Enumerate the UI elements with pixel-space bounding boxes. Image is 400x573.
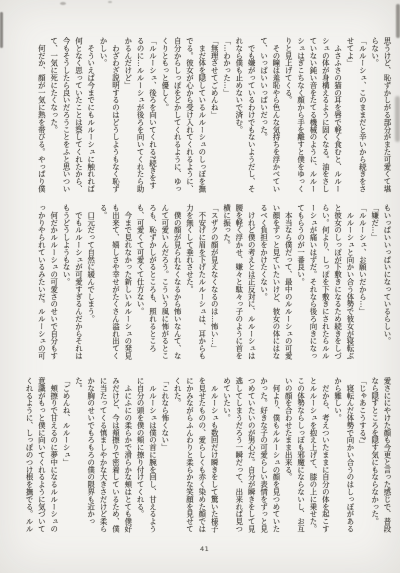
paragraph: でもルルーシュが可愛すぎるんだからそれはもうどうしようもない。	[60, 204, 85, 361]
paragraph: 「じゃあこうする?」	[356, 377, 368, 539]
page-number: 41	[200, 545, 209, 553]
scan-speck	[108, 1, 112, 3]
paragraph: 「ルルーシュ、このままだと辛いから続きをさせてよ」	[344, 37, 369, 194]
paragraph: ルルーシュは僕の首に腕を回し、甘えるように自分の頭を僕の頬に擦り付けてくれる。	[134, 377, 159, 539]
paragraph: 本当なら僕だって、最中のルルーシュの可愛い顔をずっと見ていたいけど、彼女の体には…	[257, 204, 294, 361]
scan-smudge	[0, 12, 3, 48]
paragraph: 今まで見れなかった新しいルルーシュの発見も出来て、嬉しさや幸せがたくさん溢れ出て…	[97, 204, 134, 361]
paragraph: もいっぱいいっぱいになっているらしい。	[381, 204, 393, 361]
scanned-page: 思うけど、恥ずかしがる部分がまた可愛くて堪らない。「ルルーシュ、このままだと辛い…	[0, 0, 400, 573]
paragraph: 僕の顔が見られなくなるから怖いなんて、なんて可愛いんだろう。こういう風に怖がると…	[134, 204, 183, 361]
paragraph: そういえば今までにもルルーシュに触れれば何となく思っていたことは察してくれたから…	[47, 37, 96, 194]
paragraph: 「スザクの顔が見えなくなるのは…怖い…」	[208, 204, 220, 361]
scan-smudge	[395, 96, 400, 142]
paragraph: 思うけど、恥ずかしがる部分がまた可愛くて堪らない。	[368, 37, 393, 194]
text-band-middle: もいっぱいいっぱいになっているらしい。「嫌だ…」「ルルーシュ、お願いだから…」 …	[35, 204, 393, 361]
paragraph: 何より、僕もルルーシュの顔を見つめていたかった。好きな子の可愛らしい表情をずっと…	[220, 377, 282, 539]
paragraph: 「嫌だ…」	[368, 204, 380, 361]
paragraph: ルルーシュも数回だけ瞬きをして驚いた様子を見せたものの、愛らしくも赤く染めた顔で…	[171, 377, 220, 539]
paragraph: ルルーシュと向かい合う体勢で彼女が寝転ぶと彼女のしっぽが下敷きになるため続きをし…	[294, 204, 356, 361]
paragraph: 「無理させてごめんね」	[208, 37, 220, 194]
paragraph: 口元だって自然に緩んでしまう。	[84, 204, 96, 361]
paragraph: 寝転んだ体勢で向かい合うのはしっぽがあるから難しい。	[331, 377, 356, 539]
paragraph: 「ルルーシュ、後ろを向いてくれる?続きをするのに…ルルーシュが後ろを向いてくれた…	[121, 37, 158, 194]
paragraph: わざわざ説明するのはどうしようもなく恥ずかしい。	[97, 37, 122, 194]
scan-smudge	[396, 4, 400, 38]
paragraph: 「ごめんね、ルルーシュ」	[60, 377, 72, 539]
paragraph: 頬擦りで甘えるのに夢中になるルルーシュの意識がもっと僕に向いてくれるように気づい…	[23, 377, 60, 539]
paragraph: ふにふにの柔らかで滑らかな頬はとても僕好みだけど、今は頬擦りで密着しているため、…	[72, 377, 134, 539]
paragraph: その瞳は羞恥やら色んな気持ちを浮かべていて、いっぱいいっぱいだった。	[257, 37, 282, 194]
paragraph: 不安げに眉を下げたルルーシュは、耳からも力を無くして垂れさせた。	[183, 204, 208, 361]
paragraph: でも嫌がっているわけでもないようだし、それなら僕も止めないで済む。	[233, 37, 258, 194]
paragraph: まだ体を隠しているルルーシュのしっぽを撫でる。彼女が心から受け入れてくれるように…	[158, 37, 207, 194]
scan-speck	[60, 2, 66, 5]
paragraph: 「…わかった…」	[220, 37, 232, 194]
paragraph: 何だかルルーシュの可愛さのせいで自分もすっかりやられているみたいだ。ルルーシュの…	[35, 204, 60, 361]
text-band-top: 思うけど、恥ずかしがる部分がまた可愛くて堪らない。「ルルーシュ、このままだと辛い…	[35, 37, 393, 194]
paragraph: だから、考えついたままに自分の体を起こすとルルーシュを抱え上げて、膝の上に乗せた…	[282, 377, 331, 539]
paragraph: 愛さににやけた顔も今更と言った感じで、普段なら隠すところを隠す気にもならなかった…	[368, 377, 393, 539]
paragraph: 「これなら怖くない」	[158, 377, 170, 539]
paragraph: けれど僕の考えとは正反対に、ルルーシュは腰を軽く浮かせ、嫌々と駄々っ子のように首…	[220, 204, 257, 361]
paragraph: ふさふさの猫の耳を唇で軽く食むと、ルルーシュの体が身構えるように固くなる。油をさ…	[282, 37, 344, 194]
paragraph: 何だか、顔が一気に熱を帯びる。やっぱり僕	[35, 37, 47, 194]
paragraph: 「ルルーシュ、お願いだから…」	[356, 204, 368, 361]
text-band-bottom: 愛さににやけた顔も今更と言った感じで、普段なら隠すところを隠す気にもならなかった…	[35, 377, 393, 539]
